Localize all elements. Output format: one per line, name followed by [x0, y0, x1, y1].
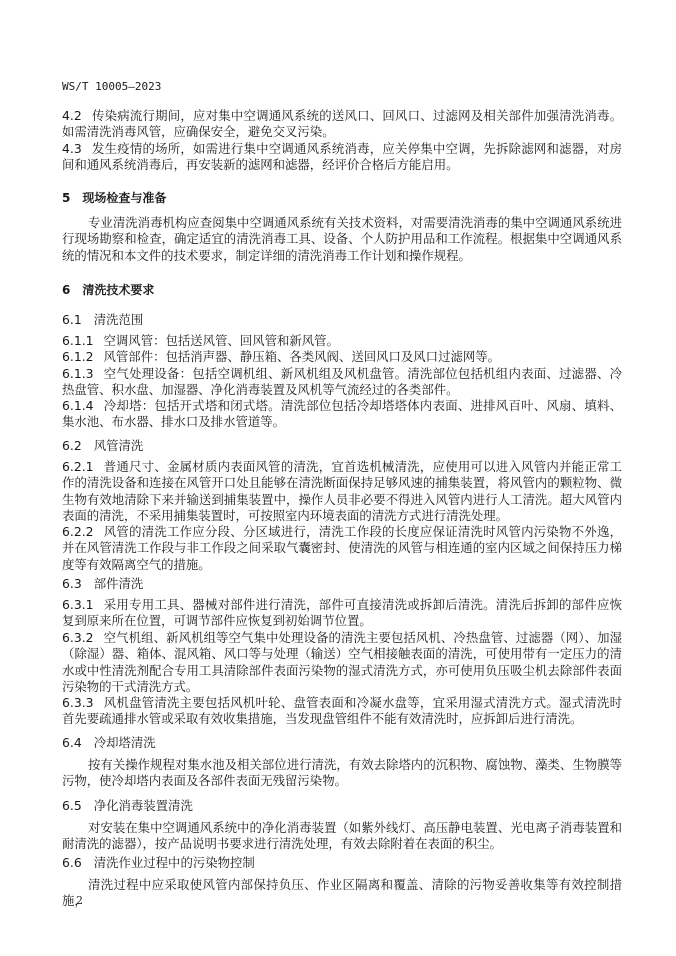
section-heading-5: 5现场检查与准备 — [62, 189, 166, 206]
clause-number: 6.3.1 — [62, 597, 94, 612]
section-5-body: 专业清洗消毒机构应查阅集中空调通风系统有关技术资料，对需要清洗消毒的集中空调通风… — [62, 215, 622, 264]
subsection-title: 风管清洗 — [94, 438, 144, 453]
clause-text: 普通尺寸、金属材质内表面风管的清洗，宜首选机械清洗，应使用可以进入风管内并能正常… — [62, 459, 622, 523]
clause-number: 6.3.2 — [62, 630, 94, 645]
subsection-number: 6.5 — [62, 798, 82, 813]
clause-6-1-1: 6.1.1空调风管：包括送风管、回风管和新风管。 — [62, 333, 622, 349]
clause-text: 风管部件：包括消声器、静压箱、各类风阀、送回风口及风口过滤网等。 — [104, 349, 501, 364]
clause-6-3-2: 6.3.2空气机组、新风机组等空气集中处理设备的清洗主要包括风机、冷热盘管、过滤… — [62, 630, 622, 695]
clause-number: 6.1.4 — [62, 398, 94, 413]
clause-6-2-2: 6.2.2风管的清洗工作应分段、分区域进行，清洗工作段的长度应保证清洗时风管内污… — [62, 524, 622, 573]
clause-6-2-1: 6.2.1普通尺寸、金属材质内表面风管的清洗，宜首选机械清洗，应使用可以进入风管… — [62, 459, 622, 524]
clause-text: 风管的清洗工作应分段、分区域进行，清洗工作段的长度应保证清洗时风管内污染物不外逸… — [62, 524, 622, 572]
clause-text: 发生疫情的场所，如需进行集中空调通风系统消毒，应关停集中空调，先拆除滤网和滤器，… — [62, 141, 622, 172]
subsection-title: 部件清洗 — [94, 576, 144, 591]
document-page: WS/T 10005—2023 4.2传染病流行期间，应对集中空调通风系统的送风… — [0, 0, 676, 956]
clause-6-1-3: 6.1.3空气处理设备：包括空调机组、新风机组及风机盘管。清洗部位包括机组内表面… — [62, 366, 622, 399]
section-title: 现场检查与准备 — [82, 191, 166, 205]
clause-number: 6.2.1 — [62, 459, 94, 474]
subsection-heading-6-6: 6.6清洗作业过程中的污染物控制 — [62, 853, 255, 871]
clause-number: 6.1.2 — [62, 349, 94, 364]
section-heading-6: 6清洗技术要求 — [62, 281, 154, 298]
section-number: 5 — [62, 191, 70, 205]
clause-text: 采用专用工具、器械对部件进行清洗，部件可直接清洗或拆卸后清洗。清洗后拆卸的部件应… — [62, 597, 622, 628]
subsection-heading-6-5: 6.5净化消毒装置清洗 — [62, 796, 193, 814]
clause-4-3: 4.3发生疫情的场所，如需进行集中空调通风系统消毒，应关停集中空调，先拆除滤网和… — [62, 141, 622, 174]
section-number: 6 — [62, 283, 70, 297]
section-6-5-body: 对安装在集中空调通风系统中的净化消毒装置（如紫外线灯、高压静电装置、光电离子消毒… — [62, 820, 622, 853]
subsection-heading-6-1: 6.1清洗范围 — [62, 310, 143, 328]
subsection-title: 清洗范围 — [94, 312, 144, 327]
page-number: 2 — [76, 894, 83, 907]
clause-number: 6.3.3 — [62, 695, 94, 710]
clause-6-1-4: 6.1.4冷却塔：包括开式塔和闭式塔。清洗部位包括冷却塔塔体内表面、进排风百叶、… — [62, 398, 622, 431]
clause-6-3-3: 6.3.3风机盘管清洗主要包括风机叶轮、盘管表面和冷凝水盘等，宜采用湿式清洗方式… — [62, 695, 622, 728]
clause-number: 4.3 — [62, 141, 82, 156]
clause-number: 6.2.2 — [62, 524, 94, 539]
subsection-heading-6-2: 6.2风管清洗 — [62, 436, 143, 454]
clause-text: 空调风管：包括送风管、回风管和新风管。 — [104, 333, 339, 348]
document-id-header: WS/T 10005—2023 — [62, 80, 161, 93]
clause-text: 空气处理设备：包括空调机组、新风机组及风机盘管。清洗部位包括机组内表面、过滤器、… — [62, 366, 622, 397]
section-title: 清洗技术要求 — [82, 283, 154, 297]
subsection-title: 净化消毒装置清洗 — [94, 798, 193, 813]
clause-6-3-1: 6.3.1采用专用工具、器械对部件进行清洗，部件可直接清洗或拆卸后清洗。清洗后拆… — [62, 597, 622, 630]
subsection-heading-6-4: 6.4冷却塔清洗 — [62, 733, 156, 751]
subsection-number: 6.3 — [62, 576, 82, 591]
subsection-title: 冷却塔清洗 — [94, 735, 156, 750]
subsection-number: 6.4 — [62, 735, 82, 750]
subsection-title: 清洗作业过程中的污染物控制 — [94, 855, 255, 870]
subsection-number: 6.2 — [62, 438, 82, 453]
section-6-6-body: 清洗过程中应采取使风管内部保持负压、作业区隔离和覆盖、清除的污物妥善收集等有效控… — [62, 877, 622, 910]
subsection-heading-6-3: 6.3部件清洗 — [62, 574, 143, 592]
subsection-number: 6.6 — [62, 855, 82, 870]
clause-text: 风机盘管清洗主要包括风机叶轮、盘管表面和冷凝水盘等，宜采用湿式清洗方式。湿式清洗… — [62, 695, 622, 726]
section-6-4-body: 按有关操作规程对集水池及相关部位进行清洗，有效去除塔内的沉积物、腐蚀物、藻类、生… — [62, 757, 622, 790]
clause-number: 4.2 — [62, 108, 82, 123]
clause-number: 6.1.3 — [62, 366, 94, 381]
subsection-number: 6.1 — [62, 312, 82, 327]
clause-text: 传染病流行期间，应对集中空调通风系统的送风口、回风口、过滤网及相关部件加强清洗消… — [62, 108, 622, 139]
clause-6-1-2: 6.1.2风管部件：包括消声器、静压箱、各类风阀、送回风口及风口过滤网等。 — [62, 349, 622, 365]
clause-4-2: 4.2传染病流行期间，应对集中空调通风系统的送风口、回风口、过滤网及相关部件加强… — [62, 108, 622, 141]
clause-text: 冷却塔：包括开式塔和闭式塔。清洗部位包括冷却塔塔体内表面、进排风百叶、风扇、填料… — [62, 398, 622, 429]
clause-text: 空气机组、新风机组等空气集中处理设备的清洗主要包括风机、冷热盘管、过滤器（网）、… — [62, 630, 622, 694]
clause-number: 6.1.1 — [62, 333, 94, 348]
